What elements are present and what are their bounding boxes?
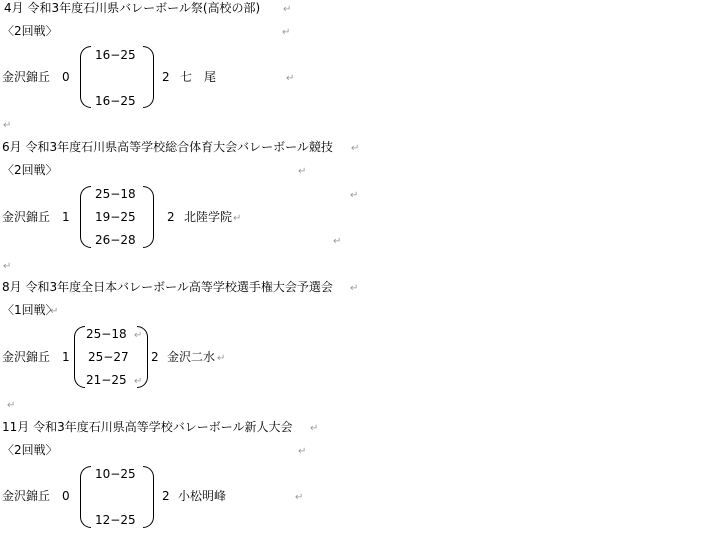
section-title: 4月 令和3年度石川県バレーボール祭(高校の部)	[4, 1, 260, 15]
opponent-name: 小松明峰	[178, 489, 226, 503]
set-score: 10−25	[95, 467, 136, 481]
paragraph-mark-icon: ↵	[298, 447, 306, 457]
paragraph-mark-icon: ↵	[217, 354, 225, 364]
paragraph-mark-icon: ↵	[3, 262, 11, 272]
paragraph-mark-icon: ↵	[333, 237, 341, 247]
team-score: 1	[62, 210, 70, 224]
right-bracket	[143, 186, 154, 248]
paragraph-mark-icon: ↵	[233, 214, 241, 224]
set-score: 26−28	[95, 233, 136, 247]
team-name: 金沢錦丘	[2, 70, 50, 84]
left-bracket	[74, 326, 85, 388]
round-label: 〈2回戦〉	[2, 24, 58, 38]
opponent-name: 七 尾	[180, 70, 216, 84]
section-title: 6月 令和3年度石川県高等学校総合体育大会バレーボール競技	[2, 140, 333, 154]
right-bracket	[137, 326, 148, 388]
section-title: 8月 令和3年度全日本バレーボール高等学校選手権大会予選会	[2, 280, 333, 294]
paragraph-mark-icon: ↵	[295, 493, 303, 503]
paragraph-mark-icon: ↵	[3, 121, 11, 131]
set-score: 16−25	[95, 94, 136, 108]
opponent-score: 2	[167, 210, 175, 224]
opponent-score: 2	[151, 350, 159, 364]
set-score: 25−18	[86, 327, 127, 341]
round-label: 〈2回戦〉	[2, 163, 58, 177]
paragraph-mark-icon: ↵	[7, 401, 15, 411]
right-bracket	[143, 46, 154, 108]
paragraph-mark-icon: ↵	[350, 284, 358, 294]
paragraph-mark-icon: ↵	[283, 5, 291, 15]
section-title: 11月 令和3年度石川県高等学校バレーボール新人大会	[2, 420, 292, 434]
set-score: 16−25	[95, 48, 136, 62]
paragraph-mark-icon: ↵	[282, 28, 290, 38]
right-bracket	[143, 466, 154, 528]
opponent-score: 2	[162, 70, 170, 84]
team-score: 0	[62, 489, 70, 503]
opponent-name: 金沢二水	[167, 350, 215, 364]
paragraph-mark-icon: ↵	[350, 191, 358, 201]
left-bracket	[80, 186, 91, 248]
set-score: 25−27	[88, 350, 129, 364]
set-score: 25−18	[95, 187, 136, 201]
opponent-name: 北陸学院	[184, 210, 232, 224]
paragraph-mark-icon: ↵	[298, 167, 306, 177]
team-score: 1	[62, 350, 70, 364]
paragraph-mark-icon: ↵	[310, 424, 318, 434]
team-score: 0	[62, 70, 70, 84]
opponent-score: 2	[162, 489, 170, 503]
set-score: 12−25	[95, 513, 136, 527]
paragraph-mark-icon: ↵	[50, 307, 58, 317]
paragraph-mark-icon: ↵	[351, 144, 359, 154]
team-name: 金沢錦丘	[2, 350, 50, 364]
team-name: 金沢錦丘	[2, 210, 50, 224]
left-bracket	[80, 466, 91, 528]
set-score: 21−25	[86, 373, 127, 387]
set-score: 19−25	[95, 210, 136, 224]
round-label: 〈2回戦〉	[2, 443, 58, 457]
team-name: 金沢錦丘	[2, 489, 50, 503]
left-bracket	[80, 46, 91, 108]
paragraph-mark-icon: ↵	[286, 74, 294, 84]
